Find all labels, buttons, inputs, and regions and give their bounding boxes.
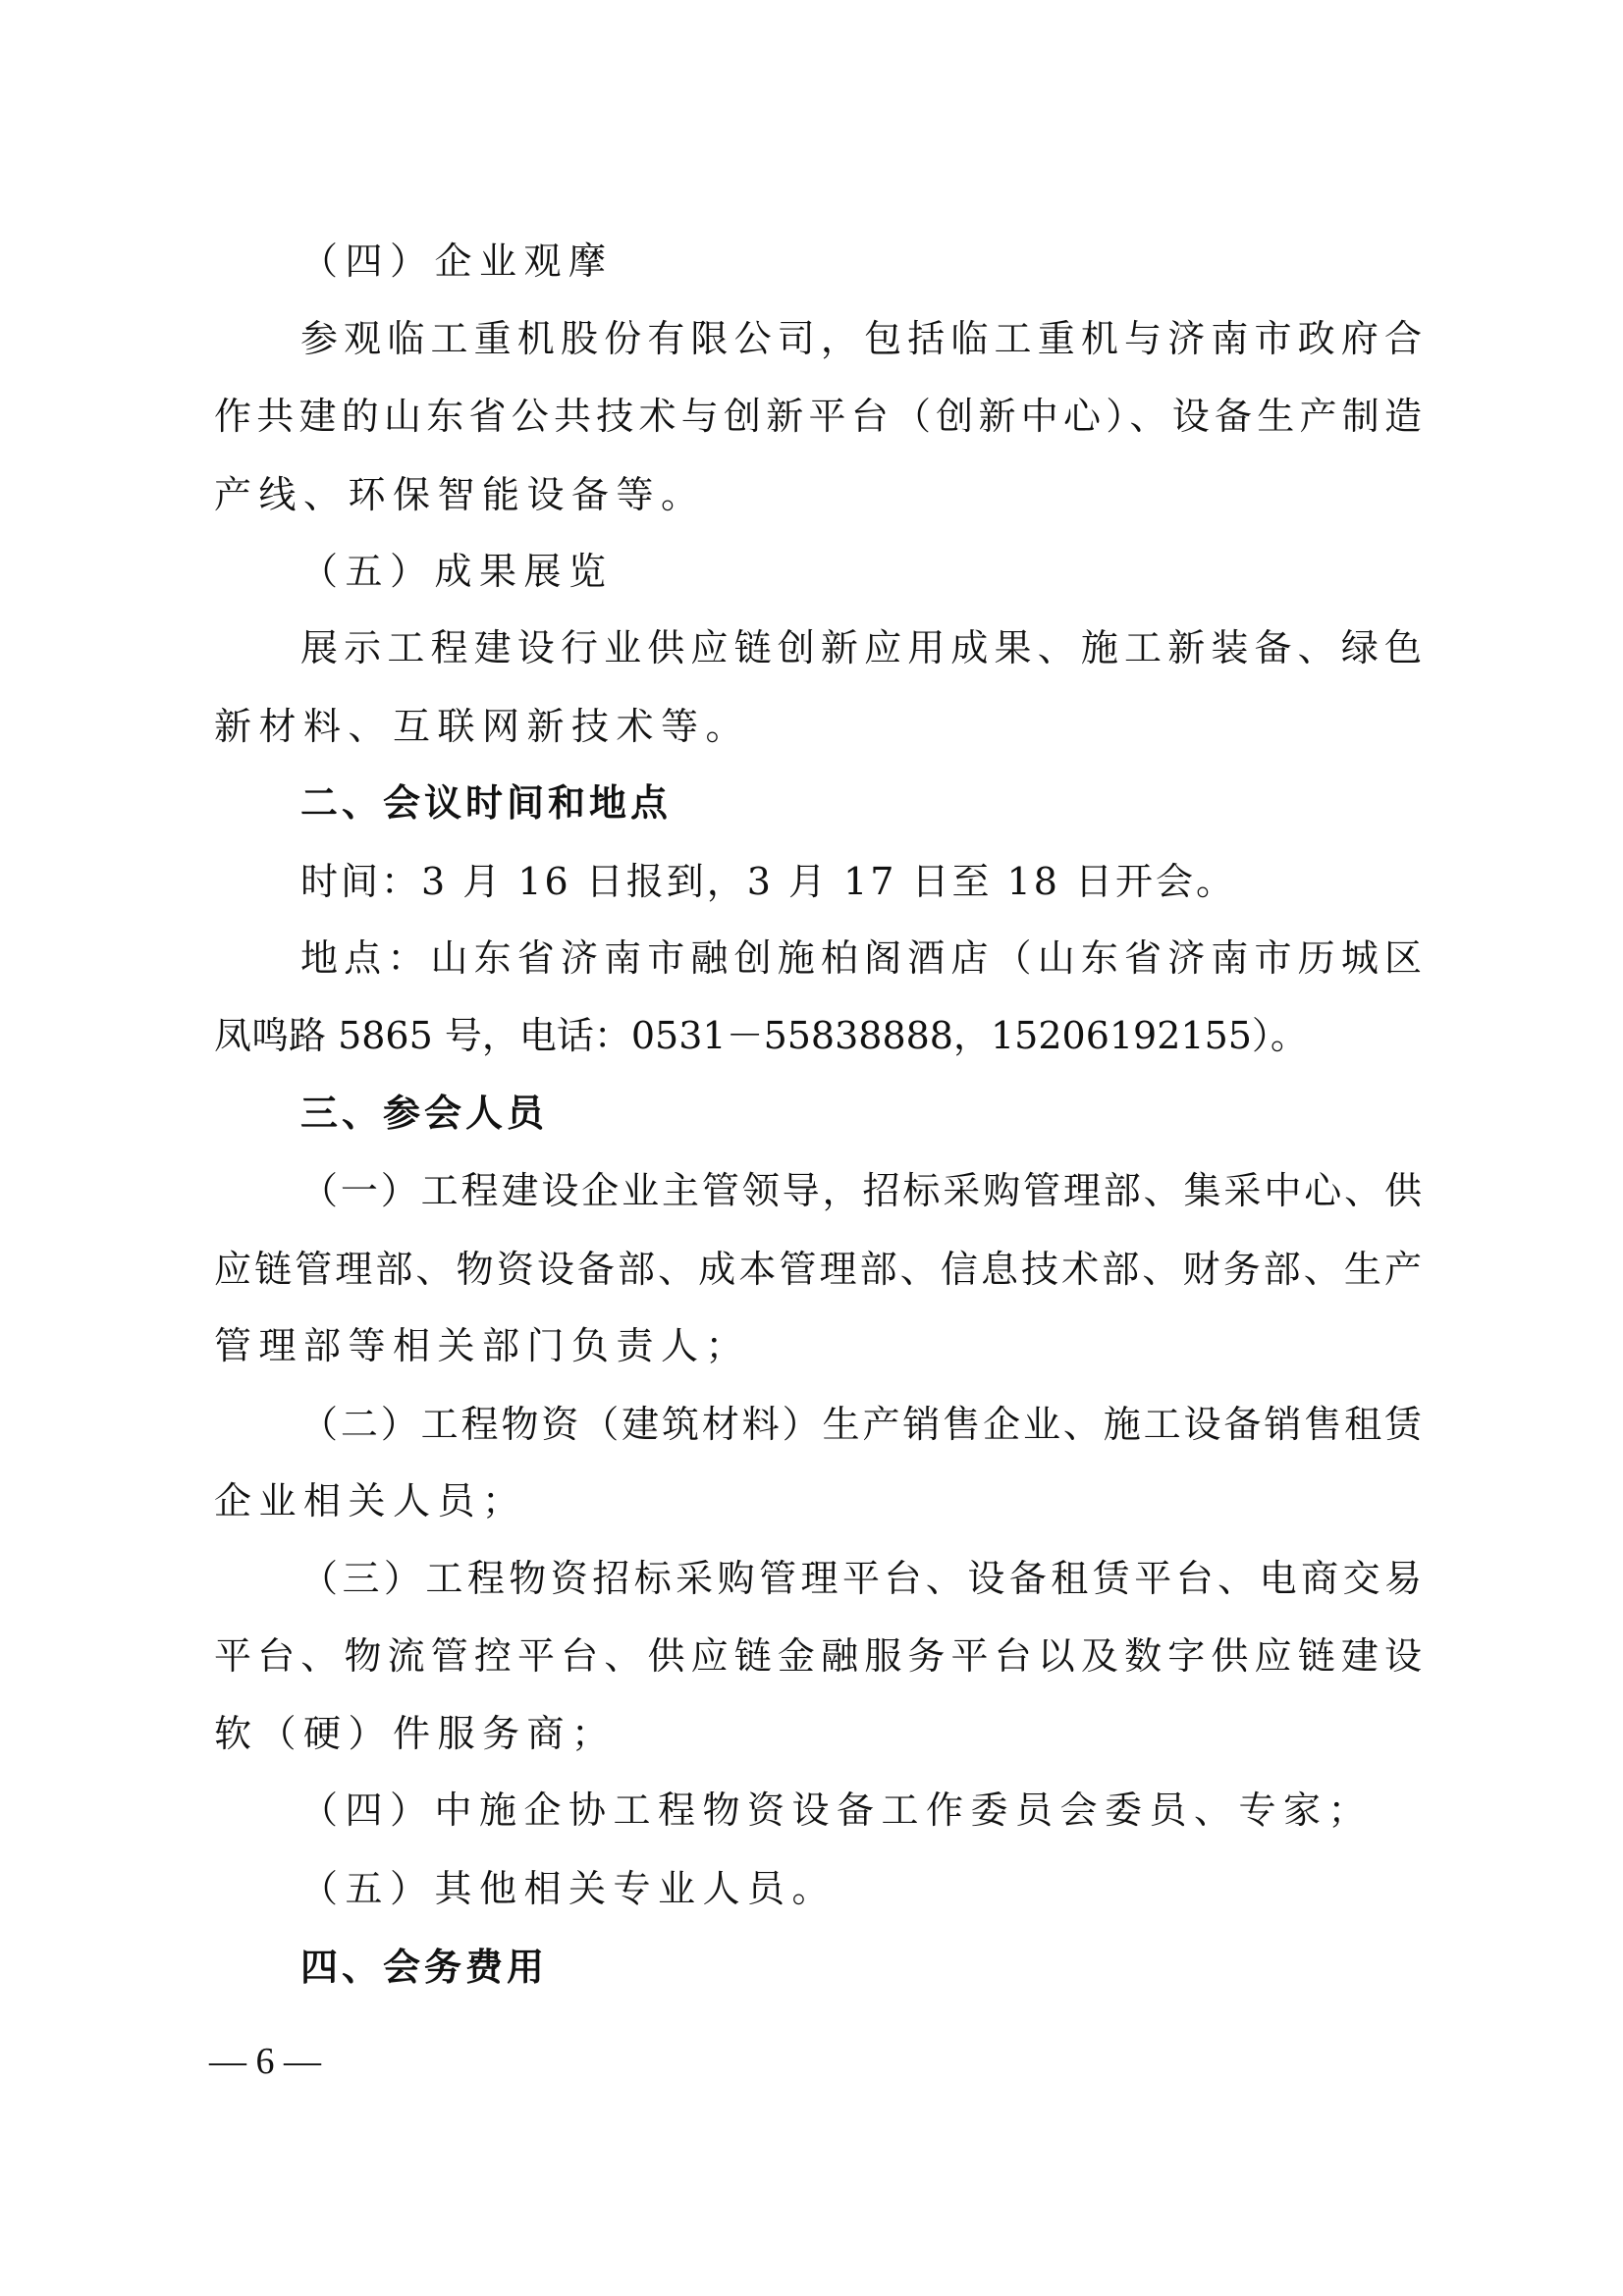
meeting-time: 时间：3 月 16 日报到，3 月 17 日至 18 日开会。: [300, 856, 1508, 907]
section-heading-fees: 四、会务费用: [300, 1942, 1508, 1993]
participant-item-line: （三）工程物资招标采购管理平台、设备租赁平台、电商交易: [300, 1553, 1422, 1604]
meeting-place-line: 凤鸣路 5865 号，电话：0531－55838888，15206192155）…: [214, 1010, 1422, 1061]
paragraph-line: 新材料、互联网新技术等。: [214, 701, 1422, 752]
section-heading-time-and-place: 二、会议时间和地点: [300, 777, 1508, 828]
participant-item-line: 管理部等相关部门负责人；: [214, 1320, 1422, 1371]
paragraph-line: 作共建的山东省公共技术与创新平台（创新中心）、设备生产制造: [214, 391, 1422, 442]
section-heading-achievement-exhibition: （五）成果展览: [300, 546, 1508, 597]
meeting-place-line: 地点：山东省济南市融创施柏阁酒店（山东省济南市历城区: [300, 933, 1422, 984]
participant-item-line: （五）其他相关专业人员。: [300, 1863, 1508, 1914]
participant-item-line: 平台、物流管控平台、供应链金融服务平台以及数字供应链建设: [214, 1630, 1422, 1682]
participant-item-line: （二）工程物资（建筑材料）生产销售企业、施工设备销售租赁: [300, 1399, 1422, 1450]
section-heading-enterprise-visit: （四）企业观摩: [300, 236, 1508, 287]
participant-item-line: （四）中施企协工程物资设备工作委员会委员、专家；: [300, 1785, 1508, 1836]
paragraph-line: 参观临工重机股份有限公司，包括临工重机与济南市政府合: [300, 313, 1422, 364]
participant-item-line: 软（硬）件服务商；: [214, 1708, 1422, 1759]
page-number: — 6 —: [209, 2036, 321, 2087]
paragraph-line: 展示工程建设行业供应链创新应用成果、施工新装备、绿色: [300, 622, 1422, 673]
participant-item-line: 企业相关人员；: [214, 1475, 1422, 1526]
paragraph-line: 产线、环保智能设备等。: [214, 469, 1422, 520]
participant-item-line: （一）工程建设企业主管领导，招标采购管理部、集采中心、供: [300, 1165, 1422, 1216]
document-page: （四）企业观摩 参观临工重机股份有限公司，包括临工重机与济南市政府合 作共建的山…: [0, 0, 1623, 2296]
section-heading-participants: 三、参会人员: [300, 1088, 1508, 1139]
participant-item-line: 应链管理部、物资设备部、成本管理部、信息技术部、财务部、生产: [214, 1244, 1422, 1295]
